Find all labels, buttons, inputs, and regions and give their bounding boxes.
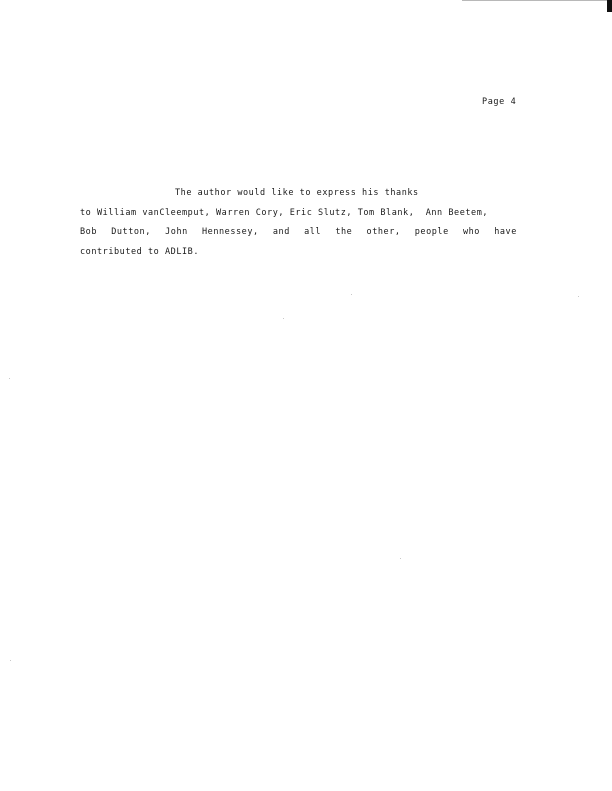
scan-speck — [283, 318, 284, 319]
word: Bob — [80, 223, 97, 243]
paragraph-line-2: to William vanCleemput, Warren Cory, Eri… — [80, 204, 517, 224]
word: and — [273, 223, 290, 243]
word: the — [335, 223, 352, 243]
scan-speck — [578, 296, 579, 297]
word: other, — [367, 223, 401, 243]
paragraph-line-3: Bob Dutton, John Hennessey, and all the … — [80, 223, 517, 243]
scan-speck — [351, 294, 352, 295]
word: Dutton, — [111, 223, 151, 243]
page-number: Page 4 — [482, 97, 516, 107]
word: all — [304, 223, 321, 243]
word: people — [415, 223, 449, 243]
acknowledgment-paragraph: The author would like to express his tha… — [80, 184, 517, 262]
word: John — [165, 223, 188, 243]
paragraph-line-4: contributed to ADLIB. — [80, 243, 517, 263]
word: who — [463, 223, 480, 243]
scan-speck — [10, 660, 11, 661]
scan-top-edge-line — [462, 0, 607, 1]
paragraph-line-1: The author would like to express his tha… — [80, 184, 517, 204]
scan-corner-mark — [607, 0, 612, 12]
scan-speck — [400, 558, 401, 559]
word: have — [494, 223, 517, 243]
word: Hennessey, — [202, 223, 259, 243]
scan-speck — [9, 378, 10, 379]
